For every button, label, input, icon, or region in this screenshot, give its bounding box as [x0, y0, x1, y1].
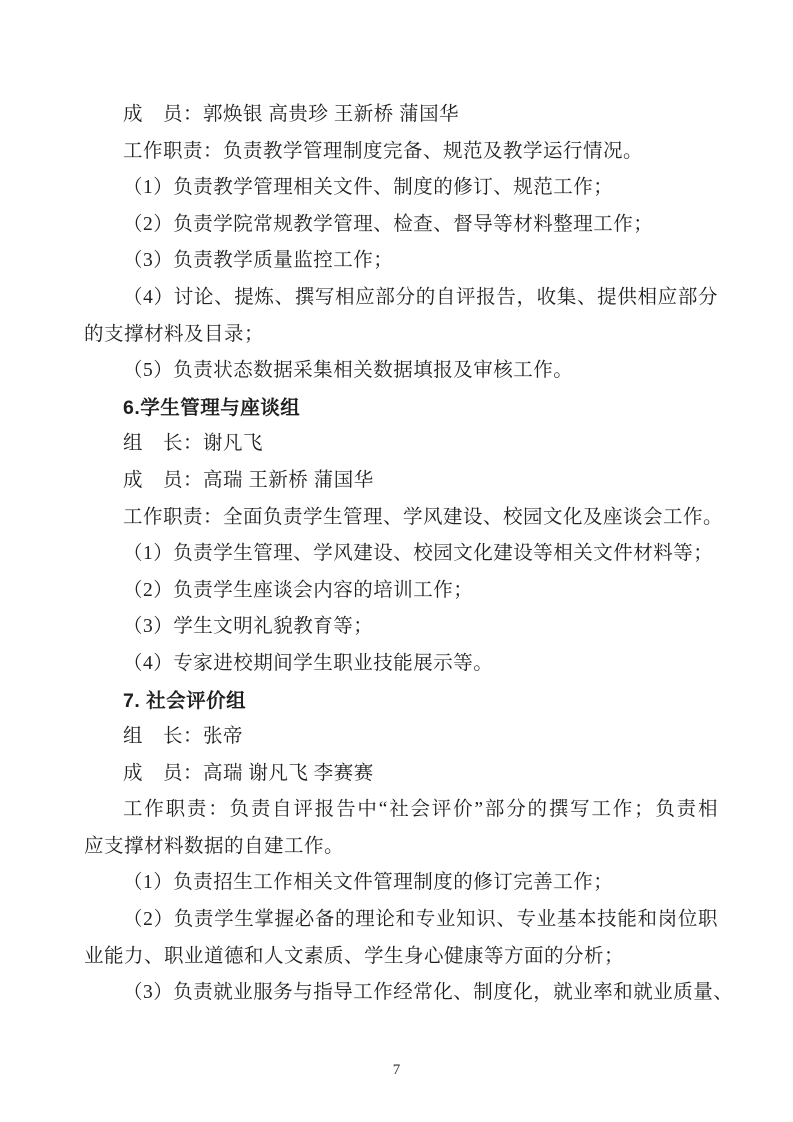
- text-line: 成 员：高瑞 谢凡飞 李赛赛: [84, 756, 718, 793]
- text-line: （4）专家进校期间学生职业技能展示等。: [84, 646, 718, 683]
- text-line: （4）讨论、提炼、撰写相应部分的自评报告，收集、提供相应部分: [84, 280, 718, 317]
- text-line: （2）负责学院常规教学管理、检查、督导等材料整理工作；: [84, 207, 718, 244]
- text-line: 工作职责：全面负责学生管理、学风建设、校园文化及座谈会工作。: [84, 500, 718, 537]
- text-line: （1）负责教学管理相关文件、制度的修订、规范工作；: [84, 170, 718, 207]
- text-line: 业能力、职业道德和人文素质、学生身心健康等方面的分析；: [84, 939, 718, 976]
- page-number: 7: [0, 1062, 793, 1079]
- text-line: （2）负责学生座谈会内容的培训工作；: [84, 573, 718, 610]
- text-line: 工作职责：负责教学管理制度完备、规范及教学运行情况。: [84, 134, 718, 171]
- text-line: 组 长：张帝: [84, 719, 718, 756]
- text-line: 组 长：谢凡飞: [84, 426, 718, 463]
- text-line: （3）学生文明礼貌教育等；: [84, 609, 718, 646]
- text-line: （3）负责教学质量监控工作；: [84, 243, 718, 280]
- text-line: 的支撑材料及目录；: [84, 317, 718, 354]
- text-line: （2）负责学生掌握必备的理论和专业知识、专业基本技能和岗位职: [84, 902, 718, 939]
- text-line: （1）负责招生工作相关文件管理制度的修订完善工作；: [84, 865, 718, 902]
- text-line: 成 员：郭焕银 高贵珍 王新桥 蒲国华: [84, 97, 718, 134]
- text-line: 应支撑材料数据的自建工作。: [84, 829, 718, 866]
- text-line: （5）负责状态数据采集相关数据填报及审核工作。: [84, 353, 718, 390]
- section-heading: 7. 社会评价组: [84, 683, 718, 720]
- text-line: （3）负责就业服务与指导工作经常化、制度化，就业率和就业质量、: [84, 975, 718, 1012]
- document-page: 成 员：郭焕银 高贵珍 王新桥 蒲国华工作职责：负责教学管理制度完备、规范及教学…: [0, 0, 793, 1122]
- section-heading: 6.学生管理与座谈组: [84, 390, 718, 427]
- text-line: 成 员：高瑞 王新桥 蒲国华: [84, 463, 718, 500]
- text-line: 工作职责：负责自评报告中“社会评价”部分的撰写工作；负责相: [84, 792, 718, 829]
- document-body: 成 员：郭焕银 高贵珍 王新桥 蒲国华工作职责：负责教学管理制度完备、规范及教学…: [84, 97, 718, 1012]
- text-line: （1）负责学生管理、学风建设、校园文化建设等相关文件材料等；: [84, 536, 718, 573]
